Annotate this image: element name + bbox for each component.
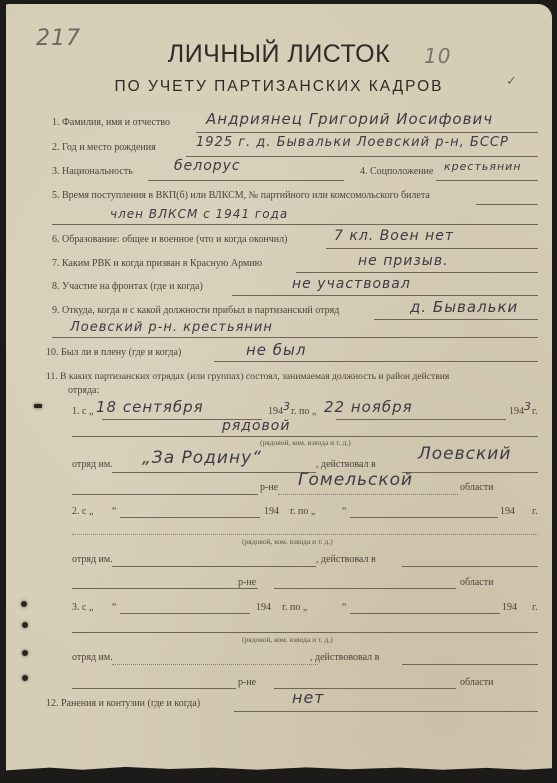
field-label-social-status: 4. Соцположение [360,166,433,177]
field-value-arrival-line2: Лоевский р-н. крестьянин [70,320,273,335]
detachment-3-district-label: р-не [238,677,256,688]
field-line [402,566,538,567]
field-line [374,319,538,320]
field-value-birth: 1925 г. д. Бывальки Лоевский р-н, БССР [196,135,509,150]
detachment-3-quote: “ [112,602,116,613]
field-line [214,361,538,362]
field-label-conscription: 7. Каким РВК и когда призван в Красную А… [52,258,262,269]
field-value-front-participation: не участвовал [292,276,411,292]
detachment-2-number: 2. с „ [72,506,93,517]
field-value-party-membership: член ВЛКСМ с 1941 года [110,207,288,221]
detachment-3-to-suffix: г. [532,602,537,613]
field-label-nationality: 3. Национальность [52,166,133,177]
detachment-1-from-date: 18 сентября [96,398,204,416]
punch-hole-icon [22,622,28,628]
detachment-1-from-year: 194 [268,406,283,417]
document-title: ЛИЧНЫЙ ЛИСТОК [6,40,552,69]
field-line [52,224,538,225]
field-line [350,613,500,614]
field-line [112,664,318,665]
punch-hole-icon [34,404,42,408]
detachment-2-quote: “ [112,506,116,517]
detachment-2-from-year: 194 [264,506,279,517]
field-line [120,613,250,614]
field-line [186,156,538,157]
field-line [72,534,538,535]
detachment-2-otryad-label: отряд им. [72,554,113,565]
detachment-2-region-label: области [460,577,493,588]
field-label-education: 6. Образование: общее и военное (что и к… [52,234,287,245]
field-line [234,711,538,712]
detachment-3-to-label: г. по „ [282,602,307,613]
field-line [72,632,538,633]
detachment-1-district-label: р-не [260,482,278,493]
field-line [112,566,316,567]
document-subtitle: ПО УЧЕТУ ПАРТИЗАНСКИХ КАДРОВ [6,78,552,96]
field-line [402,664,538,665]
field-value-education: 7 кл. Воен нет [334,228,454,244]
field-label-captivity: 10. Был ли в плену (где и когда) [46,347,181,358]
detachment-1-region-label: области [460,482,493,493]
field-line [274,588,456,589]
detachment-1-region: Гомельской [298,470,413,490]
detachment-3-from-year: 194 [256,602,271,613]
field-line [196,132,538,133]
field-label-arrival: 9. Откуда, когда и с какой должности при… [52,305,339,316]
detachment-3-acted-label: , действововал в [310,652,379,663]
field-line [476,204,538,205]
field-value-nationality: белорус [174,158,241,174]
field-line [52,337,538,338]
field-label-party-membership: 5. Время поступления в ВКП(б) или ВЛКСМ,… [52,190,430,201]
detachment-3-position-caption: (рядовой, ком. взвода и т. д.) [242,635,333,644]
field-value-wounds: нет [292,688,325,707]
field-value-fullname: Андриянец Григорий Иосифович [206,110,493,128]
detachment-2-to-suffix: г. [532,506,537,517]
field-line [326,248,538,249]
field-line [72,494,258,495]
detachment-2-acted-label: , действовал в [316,554,376,565]
field-label-detachments-line2: отряда: [68,385,99,396]
check-mark-icon: ✓ [506,74,518,89]
detachment-1-to-suffix: г. [532,406,537,417]
punch-hole-icon [21,601,27,607]
field-line [296,272,538,273]
field-line [72,688,236,689]
detachment-1-district: Лоевский [418,444,511,464]
field-value-captivity: не был [246,341,307,359]
detachment-3-quote: “ [342,602,346,613]
detachment-2-quote: “ [342,506,346,517]
field-line [112,472,316,473]
detachment-3-region-label: области [460,677,493,688]
field-label-wounds: 12. Ранения и контузии (где и когда) [46,698,200,709]
detachment-2-to-year: 194 [500,506,515,517]
detachment-3-to-year: 194 [502,602,517,613]
detachment-3-number: 3. с „ [72,602,93,613]
detachment-1-otryad-name: „За Родину“ [142,448,262,468]
punch-hole-icon [22,675,28,681]
field-value-conscription: не призыв. [358,253,449,269]
detachment-1-to-year: 194 [509,406,524,417]
field-line [232,295,538,296]
field-line [336,419,506,420]
detachment-1-otryad-label: отряд им. [72,459,113,470]
detachment-1-position: рядовой [222,418,290,434]
field-value-arrival: д. Бывальки [410,298,518,316]
detachment-2-to-label: г. по „ [290,506,315,517]
field-label-front-participation: 8. Участие на фронтах (где и когда) [52,281,203,292]
document-sheet: 217 ЛИЧНЫЙ ЛИСТОК 10 ПО УЧЕТУ ПАРТИЗАНСК… [6,4,552,774]
detachment-1-position-caption: (рядовой, ком. взвода и т. д.) [260,438,351,447]
field-line [278,494,458,495]
field-line [402,472,538,473]
punch-hole-icon [22,650,28,656]
detachment-3-otryad-label: отряд им. [72,652,113,663]
field-line [350,517,498,518]
field-label-birth: 2. Год и место рождения [52,142,156,153]
field-line [436,180,538,181]
detachment-2-district-label: р-не [238,577,256,588]
sheet-mark: 10 [424,44,451,68]
detachment-1-acted-label: , действовал в [316,459,376,470]
torn-edge [6,762,552,776]
field-label-fullname: 1. Фамилия, имя и отчество [52,117,170,128]
detachment-1-to-label: г. по „ [291,406,316,417]
field-line [120,517,260,518]
field-line [148,180,344,181]
detachment-2-position-caption: (рядовой, ком. взвода и т. д.) [242,537,333,546]
detachment-1-to-year-digit: 3 [524,400,532,413]
field-line [72,436,538,437]
field-label-detachments: 11. В каких партизанских отрядах (или гр… [46,371,449,382]
detachment-1-number: 1. с „ [72,406,93,417]
detachment-1-to-date: 22 ноября [324,398,413,416]
detachment-1-from-year-digit: 3 [283,400,291,413]
field-value-social-status: крестьянин [444,160,521,173]
field-line [72,588,258,589]
